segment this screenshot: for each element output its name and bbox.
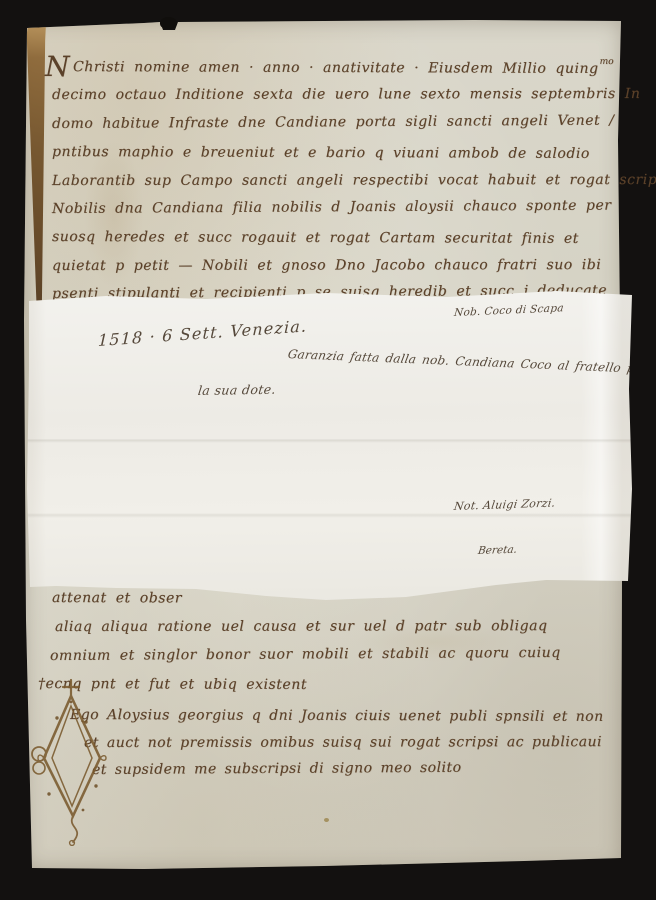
manuscript-line: NChristi nomine amen · anno · anativitat…	[52, 46, 627, 83]
manuscript-line: et auct not premissis omibus suisq sui r…	[84, 729, 604, 757]
manuscript-line: Laborantib sup Campo sancti angeli respe…	[52, 166, 627, 195]
notarial-mark-icon	[26, 676, 116, 846]
manuscript-line: Nobilis dna Candiana filia nobilis d Joa…	[52, 192, 627, 224]
notary-subscription: Ego Aloysius georgius q dni Joanis ciuis…	[70, 702, 604, 785]
slip-description-continued: la sua dote.	[197, 382, 277, 398]
manuscript-line: quietat p petit — Nobili et gnoso Dno Ja…	[52, 251, 627, 280]
manuscript-line: domo habitue Infraste dne Candiane porta…	[52, 106, 627, 138]
slip-date-note: 1518 · 6 Sett. Venezia.	[98, 316, 308, 350]
manuscript-text-upper: NChristi nomine amen · anno · anativitat…	[52, 46, 627, 309]
slip-notary-note: Not. Aluigi Zorzi.	[453, 496, 556, 513]
archival-slip: Nob. Coco di Scapa 1518 · 6 Sett. Venezi…	[26, 289, 634, 602]
manuscript-line: et supsidem me subscripsi di signo meo s…	[92, 754, 604, 785]
superscript-abbreviation: mo	[600, 57, 614, 67]
manuscript-line: decimo octauo Inditione sexta die uero l…	[52, 80, 627, 109]
slip-description: Garanzia fatta dalla nob. Candiana Coco …	[287, 347, 650, 376]
manuscript-line: †ecnq pnt et fut et ubiq existent	[38, 670, 561, 701]
manuscript-line: suosq heredes et succ rogauit et rogat C…	[52, 223, 627, 253]
binding-stub	[25, 23, 46, 312]
manuscript-line: pntibus maphio e breueniut et e bario q …	[52, 138, 627, 168]
manuscript-line: aliaq aliqua ratione uel causa et sur ue…	[55, 612, 561, 642]
parchment-edge-nick	[160, 17, 177, 29]
manuscript-line: Ego Aloysius georgius q dni Joanis ciuis…	[70, 702, 604, 731]
manuscript-text-lower: attenat et obser aliaq aliqua ratione ue…	[52, 584, 561, 699]
slip-secondary-note: Bereta.	[477, 544, 518, 557]
stain-mark	[324, 818, 329, 822]
slip-owner-note: Nob. Coco di Scapa	[453, 302, 564, 319]
manuscript-line: omnium et singlor bonor suor mobili et s…	[50, 638, 561, 670]
